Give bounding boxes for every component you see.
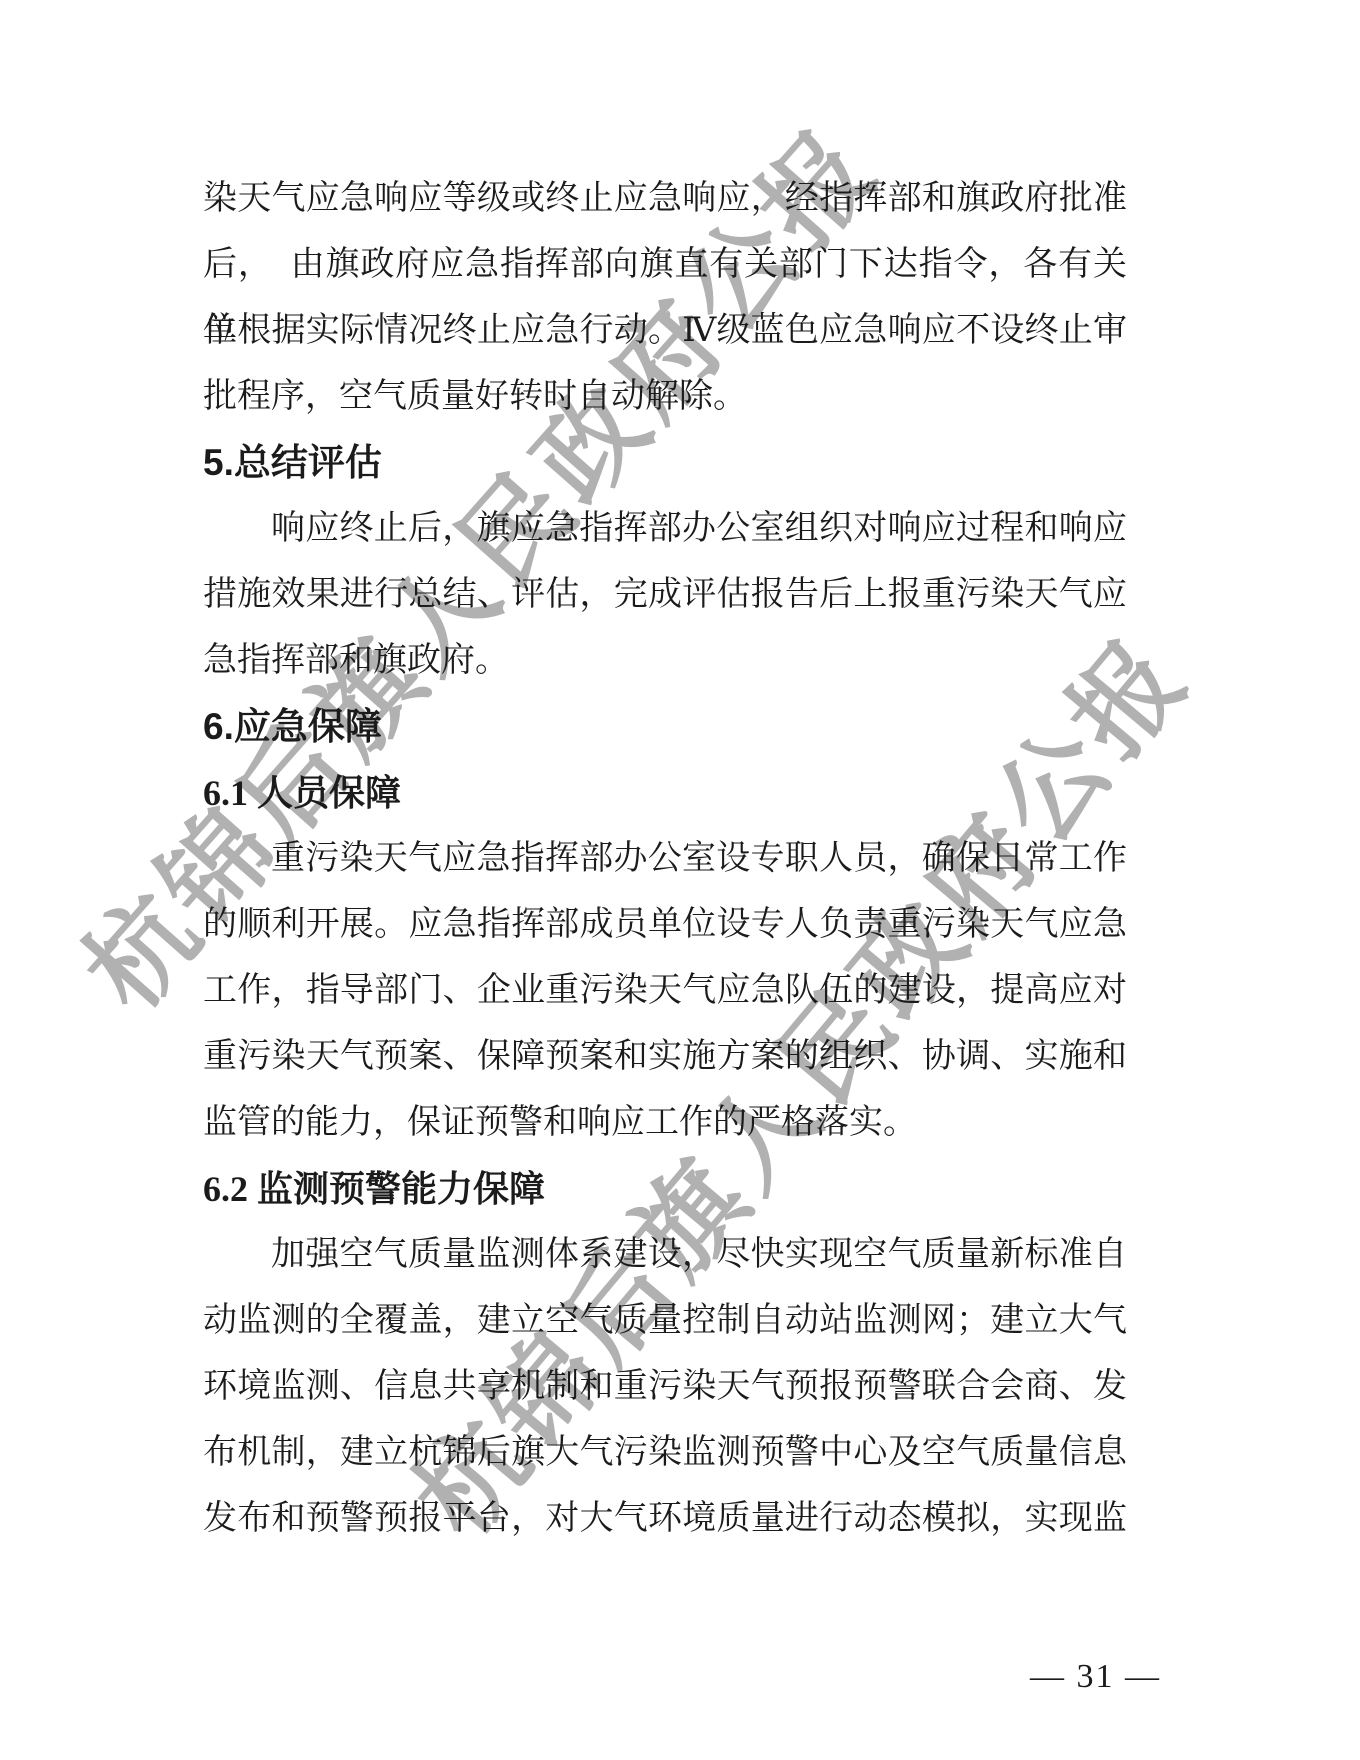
paragraph-line: 批程序，空气质量好转时自动解除。 [203, 364, 1127, 430]
paragraph-line: 发布和预警预报平台，对大气环境质量进行动态模拟，实现监 [203, 1486, 1127, 1552]
paragraph-line: 动监测的全覆盖，建立空气质量控制自动站监测网；建立大气 [203, 1288, 1127, 1354]
section-heading-6: 6.应急保障 [203, 694, 1127, 760]
paragraph-line: 环境监测、信息共享机制和重污染天气预报预警联合会商、发 [203, 1354, 1127, 1420]
paragraph-line: 响应终止后，旗应急指挥部办公室组织对响应过程和响应 [203, 496, 1127, 562]
paragraph-line: 措施效果进行总结、评估，完成评估报告后上报重污染天气应 [203, 562, 1127, 628]
subsection-heading-6-1: 6.1 人员保障 [203, 760, 1127, 826]
paragraph-line: 染天气应急响应等级或终止应急响应，经指挥部和旗政府批准 [203, 166, 1127, 232]
paragraph-line: 工作，指导部门、企业重污染天气应急队伍的建设，提高应对 [203, 958, 1127, 1024]
paragraph-line: 监管的能力，保证预警和响应工作的严格落实。 [203, 1090, 1127, 1156]
page-number: — 31 — [1030, 1658, 1161, 1696]
paragraph-line: 加强空气质量监测体系建设，尽快实现空气质量新标准自 [203, 1222, 1127, 1288]
paragraph-line: 的顺利开展。应急指挥部成员单位设专人负责重污染天气应急 [203, 892, 1127, 958]
paragraph-line: 布机制，建立杭锦后旗大气污染监测预警中心及空气质量信息 [203, 1420, 1127, 1486]
subsection-heading-6-2: 6.2 监测预警能力保障 [203, 1156, 1127, 1222]
section-heading-5: 5.总结评估 [203, 430, 1127, 496]
document-content: 染天气应急响应等级或终止应急响应，经指挥部和旗政府批准 后， 由旗政府应急指挥部… [203, 166, 1127, 1552]
paragraph-line: 重污染天气应急指挥部办公室设专职人员，确保日常工作 [203, 826, 1127, 892]
paragraph-line: 急指挥部和旗政府。 [203, 628, 1127, 694]
paragraph-line: 重污染天气预案、保障预案和实施方案的组织、协调、实施和 [203, 1024, 1127, 1090]
paragraph-line: 后， 由旗政府应急指挥部向旗直有关部门下达指令，各有关单 [203, 232, 1127, 298]
gazette-page: 杭锦后旗人民政府公报 杭锦后旗人民政府公报 染天气应急响应等级或终止应急响应，经… [0, 0, 1360, 1760]
paragraph-line: 位根据实际情况终止应急行动。Ⅳ级蓝色应急响应不设终止审 [203, 298, 1127, 364]
